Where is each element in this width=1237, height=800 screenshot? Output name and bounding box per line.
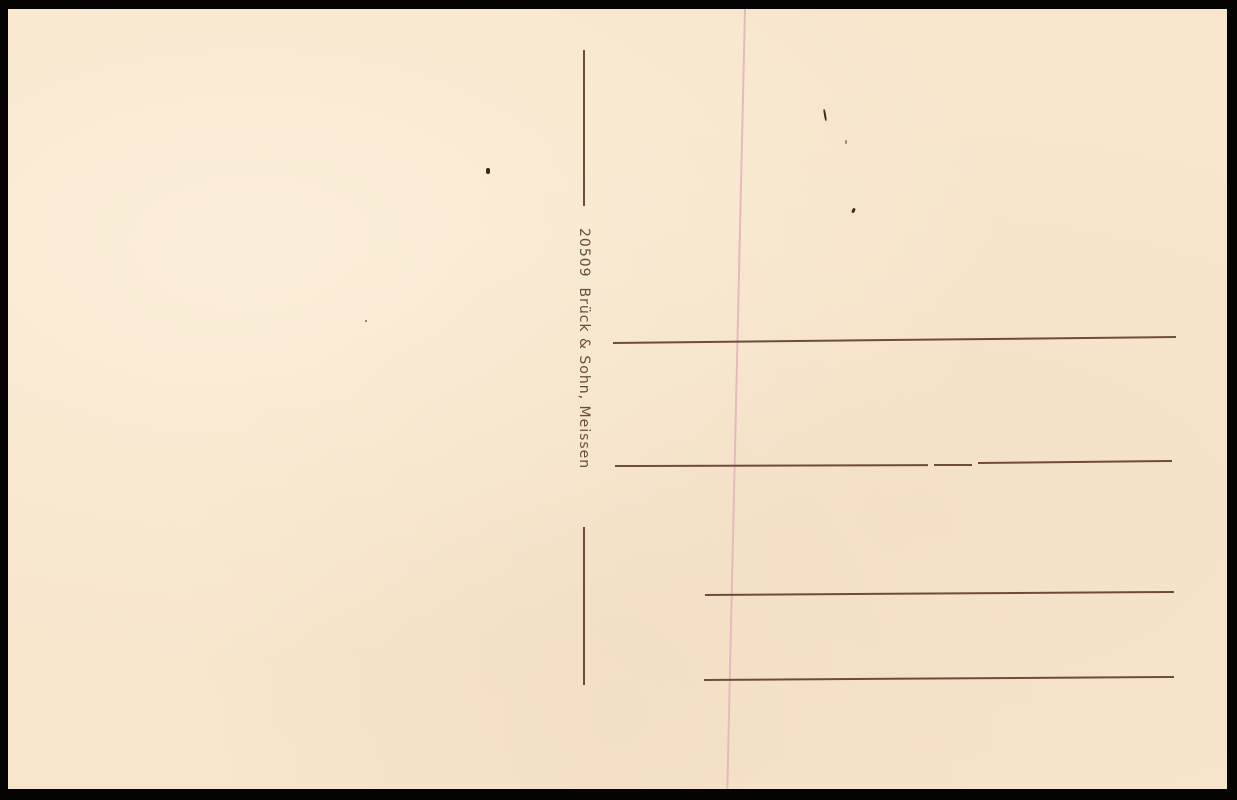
divider-line-lower xyxy=(583,527,585,685)
postcard-back xyxy=(8,9,1227,789)
divider-line-upper xyxy=(583,50,585,206)
paper-speck xyxy=(486,168,490,174)
imprint-publisher: Brück & Sohn, Meissen xyxy=(576,288,592,470)
imprint-number: 20509 xyxy=(576,228,592,278)
publisher-imprint: 20509Brück & Sohn, Meissen xyxy=(574,228,594,518)
postcard-scan: 20509Brück & Sohn, Meissen xyxy=(0,0,1237,800)
paper-speck xyxy=(845,140,847,144)
address-line-2-segment-b xyxy=(934,464,972,466)
paper-speck xyxy=(365,320,367,322)
